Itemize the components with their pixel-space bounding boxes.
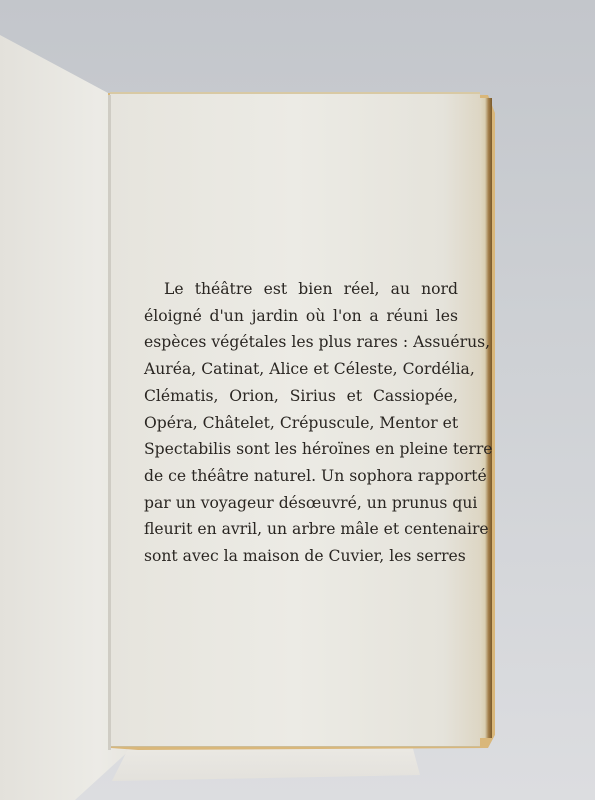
text-line: Clématis, Orion, Sirius et Cassiopée, xyxy=(144,383,458,410)
text-line: par un voyageur désœuvré, un prunus qui xyxy=(144,490,458,517)
text-line: Le théâtre est bien réel, au nord xyxy=(144,276,458,303)
book-board-bottom xyxy=(112,745,420,781)
paragraph: Le théâtre est bien réel, au nord éloign… xyxy=(144,276,458,570)
text-line: espèces végétales les plus rares : Assué… xyxy=(144,329,458,356)
text-line: éloigné d'un jardin où l'on a réuni les xyxy=(144,303,458,330)
text-line: fleurit en avril, un arbre mâle et cente… xyxy=(144,516,458,543)
text-line: sont avec la maison de Cuvier, les serre… xyxy=(144,543,458,570)
gutter xyxy=(108,95,111,750)
text-line: Opéra, Châtelet, Crépuscule, Mentor et xyxy=(144,410,458,437)
text-line: Auréa, Catinat, Alice et Céleste, Cordél… xyxy=(144,356,458,383)
page-edges xyxy=(478,98,492,738)
text-line: Spectabilis sont les héroïnes en pleine … xyxy=(144,436,458,463)
text-line: de ce théâtre naturel. Un sophora rappor… xyxy=(144,463,458,490)
